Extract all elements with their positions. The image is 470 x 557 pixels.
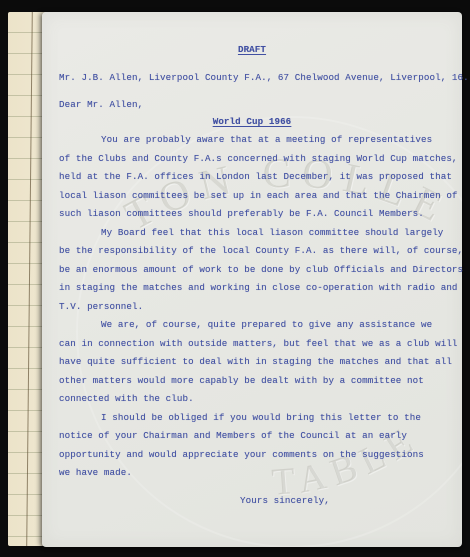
letter-line: local liason committees be set up in eac… <box>59 187 454 206</box>
letter-line: I should be obliged if you would bring t… <box>59 409 454 428</box>
letter-line: notice of your Chairman and Members of t… <box>59 427 454 446</box>
subject-line: World Cup 1966 <box>42 116 462 127</box>
letter-line: other matters would more capably be deal… <box>59 372 454 391</box>
letter-line: T.V. personnel. <box>59 298 454 317</box>
letter-line: connected with the club. <box>59 390 454 409</box>
letter-paper: TON COLLE TON COLLE TABLE TABLE DRAFT Mr… <box>42 12 462 547</box>
letter-line: such liason committees should preferably… <box>59 205 454 224</box>
letter-line: My Board feel that this local liason com… <box>59 224 454 243</box>
address-line: Mr. J.B. Allen, Liverpool County F.A., 6… <box>59 72 469 83</box>
letter-line: You are probably aware that at a meeting… <box>59 131 454 150</box>
album-margin-line <box>26 12 33 546</box>
draft-label: DRAFT <box>42 44 462 55</box>
letter-line: we have made. <box>59 464 454 483</box>
letter-line: opportunity and would appreciate your co… <box>59 446 454 465</box>
salutation: Dear Mr. Allen, <box>59 99 143 110</box>
letter-body: You are probably aware that at a meeting… <box>59 131 454 483</box>
closing: Yours sincerely, <box>240 495 330 506</box>
letter-line: in staging the matches and working in cl… <box>59 279 454 298</box>
letter-line: be the responsibility of the local Count… <box>59 242 454 261</box>
letter-line: be an enormous amount of work to be done… <box>59 261 454 280</box>
letter-line: of the Clubs and County F.A.s concerned … <box>59 150 454 169</box>
letter-line: held at the F.A. offices in London last … <box>59 168 454 187</box>
letter-line: We are, of course, quite prepared to giv… <box>59 316 454 335</box>
letter-line: can in connection with outside matters, … <box>59 335 454 354</box>
photo-frame: TON COLLE TON COLLE TABLE TABLE DRAFT Mr… <box>0 0 470 557</box>
letter-line: have quite sufficient to deal with in st… <box>59 353 454 372</box>
